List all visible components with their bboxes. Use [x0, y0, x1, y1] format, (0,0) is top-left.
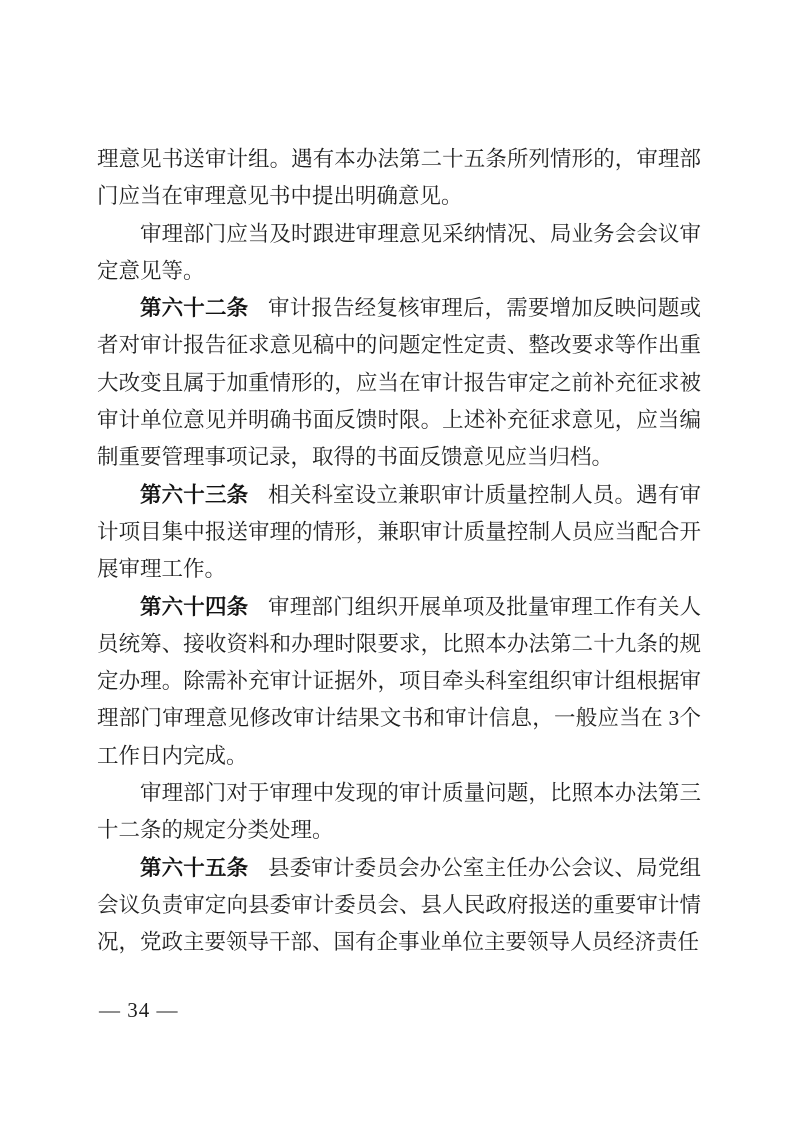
article-number: 第六十五条 [140, 856, 248, 880]
paragraph-text: 审理部门组织开展单项及批量审理工作有关人员统筹、接收资料和办理时限要求，比照本办… [97, 595, 701, 768]
paragraph-article-63: 第六十三条相关科室设立兼职审计质量控制人员。遇有审计项目集中报送审理的情形，兼职… [97, 477, 701, 589]
article-number: 第六十四条 [140, 595, 248, 619]
paragraph-text: 审计报告经复核审理后，需要增加反映问题或者对审计报告征求意见稿中的问题定性定责、… [97, 296, 701, 469]
paragraph-follow-up: 审理部门应当及时跟进审理意见采纳情况、局业务会会议审定意见等。 [97, 216, 701, 291]
paragraph-text: 审理部门对于审理中发现的审计质量问题，比照本办法第三十二条的规定分类处理。 [97, 781, 701, 842]
paragraph-text: 理意见书送审计组。遇有本办法第二十五条所列情形的，审理部门应当在审理意见书中提出… [97, 147, 701, 208]
article-number: 第六十三条 [140, 483, 248, 507]
paragraph-continuation: 理意见书送审计组。遇有本办法第二十五条所列情形的，审理部门应当在审理意见书中提出… [97, 141, 701, 216]
article-number: 第六十二条 [140, 296, 248, 320]
document-page: 理意见书送审计组。遇有本办法第二十五条所列情形的，审理部门应当在审理意见书中提出… [0, 0, 793, 1122]
document-body: 理意见书送审计组。遇有本办法第二十五条所列情形的，审理部门应当在审理意见书中提出… [97, 141, 701, 962]
paragraph-quality-issues: 审理部门对于审理中发现的审计质量问题，比照本办法第三十二条的规定分类处理。 [97, 775, 701, 850]
page-footer: — 34 — [99, 995, 179, 1025]
paragraph-article-64: 第六十四条审理部门组织开展单项及批量审理工作有关人员统筹、接收资料和办理时限要求… [97, 589, 701, 775]
page-number-label: — 34 — [99, 998, 179, 1022]
paragraph-article-62: 第六十二条审计报告经复核审理后，需要增加反映问题或者对审计报告征求意见稿中的问题… [97, 290, 701, 476]
paragraph-text: 审理部门应当及时跟进审理意见采纳情况、局业务会会议审定意见等。 [97, 222, 701, 283]
paragraph-article-65: 第六十五条县委审计委员会办公室主任办公会议、局党组会议负责审定向县委审计委员会、… [97, 850, 701, 962]
